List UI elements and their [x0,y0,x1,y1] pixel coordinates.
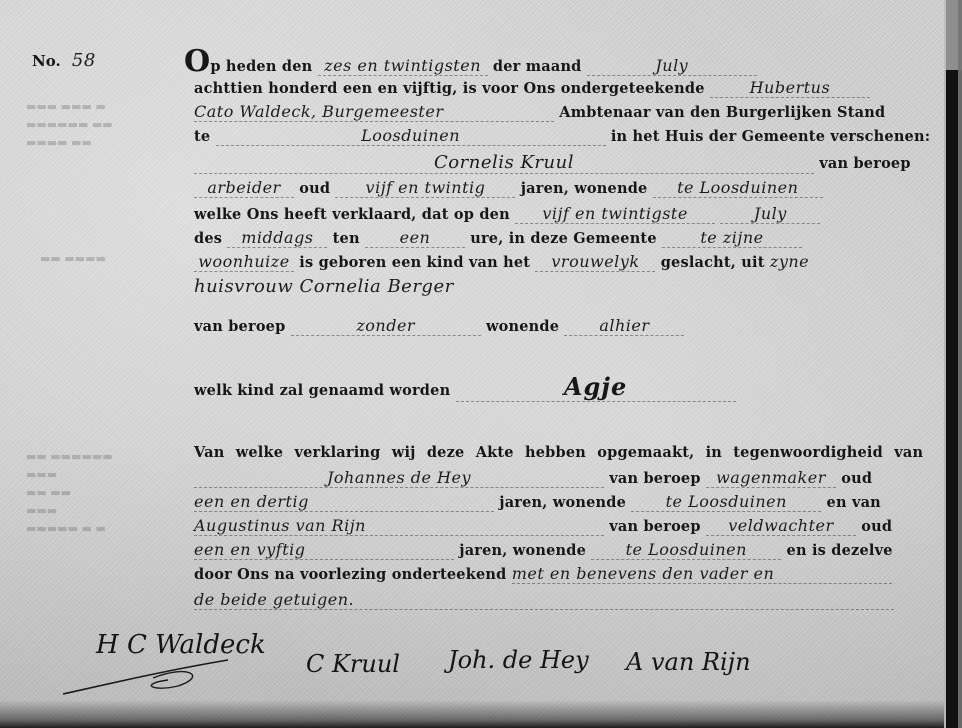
handwritten-his: zyne [770,252,809,271]
line-mother-occupation: van beroep zonder wonende alhier [194,316,684,336]
printed-text: oud [841,470,872,487]
printed-text: jaren, wonende [499,494,626,511]
printed-text: van beroep [609,518,700,535]
scan-edge-right [944,0,962,728]
signature-witness1: Joh. de Hey [448,646,589,674]
line-child-sex: woonhuize is geboren een kind van het vr… [194,252,809,272]
line-witness2-age: een en vyftig jaren, wonende te Loosduin… [194,540,893,560]
handwritten-house: woonhuize [194,252,294,272]
handwritten-occupation: arbeider [194,178,294,198]
handwritten-sex: vrouwelyk [535,252,655,272]
margin-bleed-through: ▬▬▬ ▬▬▬ ▬▬▬▬▬▬▬ ▬▬▬▬▬▬ ▬▬ [26,98,146,152]
line-witness1-age: een en dertig jaren, wonende te Loosduin… [194,492,881,512]
handwritten-residence: te Loosduinen [653,178,823,198]
line-date: Op heden den zes en twintigsten der maan… [184,52,757,76]
handwritten-child-name: Agje [564,372,627,401]
line-place: te Loosduinen in het Huis der Gemeente v… [194,126,930,146]
printed-text: achttien honderd een en vijftig, is voor… [194,80,705,97]
handwritten-witness1-name: Johannes de Hey [194,468,604,488]
printed-text: welk kind zal genaamd worden [194,382,450,399]
act-number-value: 58 [72,50,96,71]
handwritten-declarant-name: Cornelis Kruul [194,152,814,174]
initial-capital: O [184,44,210,79]
handwritten-witness2-age: een en vyftig [194,540,454,560]
handwritten-witness2-name: Augustinus van Rijn [194,516,604,536]
act-number-label: No. [32,52,61,70]
line-official: Cato Waldeck, Burgemeester Ambtenaar van… [194,102,885,122]
printed-text: Ambtenaar van den Burgerlijken Stand [559,104,885,121]
printed-text: jaren, wonende [459,542,586,559]
printed-text: van beroep [194,318,285,335]
printed-text: jaren, wonende [521,180,648,197]
handwritten-birth-day: vijf en twintigste [515,204,715,224]
printed-text: Van welke verklaring wij deze Akte hebbe… [194,444,923,461]
handwritten-month: July [587,56,757,76]
margin-bleed-through: ▬▬ ▬▬▬▬ [40,250,140,268]
handwritten-mother-name: huisvrouw Cornelia Berger [194,276,454,297]
line-declarant-occupation: arbeider oud vijf en twintig jaren, wone… [194,178,823,198]
handwritten-witness1-residence: te Loosduinen [631,492,821,512]
scan-edge-right-top [944,0,962,70]
signature-father: C Kruul [306,650,400,678]
handwritten-witnesses-note: de beide getuigen. [194,590,894,610]
printed-text: welke Ons heeft verklaard, dat op den [194,206,510,223]
printed-text: in het Huis der Gemeente verschenen: [611,128,930,145]
printed-text: en van [827,494,881,511]
printed-text: van beroep [819,155,910,172]
handwritten-official-name: Cato Waldeck, Burgemeester [194,102,554,122]
handwritten-location: te zijne [662,228,802,248]
line-witnesses-intro: Van welke verklaring wij deze Akte hebbe… [194,444,923,461]
handwritten-day: zes en twintigsten [318,56,488,76]
printed-text: des [194,230,222,247]
handwritten-place: Loosduinen [216,126,606,146]
printed-text: oud [861,518,892,535]
handwritten-witness2-occupation: veldwachter [706,516,856,536]
signature-witness2: A van Rijn [626,648,751,676]
printed-text: te [194,128,210,145]
printed-text: der maand [493,58,582,75]
line-child-name: welk kind zal genaamd worden Agje [194,372,736,402]
margin-bleed-through: ▬▬ ▬▬▬▬▬▬▬▬▬▬▬ ▬▬▬▬▬▬▬▬▬▬ ▬ ▬ [26,448,146,538]
line-birth-date: welke Ons heeft verklaard, dat op den vi… [194,204,820,224]
act-number: No. 58 [32,50,96,71]
handwritten-witness1-occupation: wagenmaker [706,468,836,488]
signature-flourish [58,650,238,700]
handwritten-birth-month: July [720,204,820,224]
handwritten-daypart: middags [227,228,327,248]
line-signing-cont: de beide getuigen. [194,590,894,610]
printed-text: door Ons na voorlezing onderteekend [194,566,506,583]
handwritten-age: vijf en twintig [335,178,515,198]
line-declarant: Cornelis Kruul van beroep [194,152,911,174]
printed-text: geslacht, uit [661,254,765,271]
printed-text: wonende [486,318,559,335]
handwritten-official-firstname: Hubertus [710,78,870,98]
line-year: achttien honderd een en vijftig, is voor… [194,78,870,98]
scan-shadow-bottom [0,700,944,728]
handwritten-cosigners: met en benevens den vader en [512,564,892,584]
line-witness2: Augustinus van Rijn van beroep veldwacht… [194,516,892,536]
handwritten-witness1-age: een en dertig [194,492,494,512]
printed-text: en is dezelve [787,542,893,559]
line-signing: door Ons na voorlezing onderteekend met … [194,564,892,584]
handwritten-hour: een [365,228,465,248]
printed-text: is geboren een kind van het [299,254,530,271]
handwritten-mother-occupation: zonder [291,316,481,336]
line-mother: huisvrouw Cornelia Berger [194,276,454,297]
printed-text: p heden den [210,58,312,75]
printed-text: van beroep [609,470,700,487]
line-birth-time: des middags ten een ure, in deze Gemeent… [194,228,802,248]
printed-text: ten [333,230,360,247]
printed-text: oud [299,180,330,197]
handwritten-mother-residence: alhier [564,316,684,336]
handwritten-witness2-residence: te Loosduinen [591,540,781,560]
printed-text: ure, in deze Gemeente [470,230,657,247]
line-witness1: Johannes de Hey van beroep wagenmaker ou… [194,468,872,488]
